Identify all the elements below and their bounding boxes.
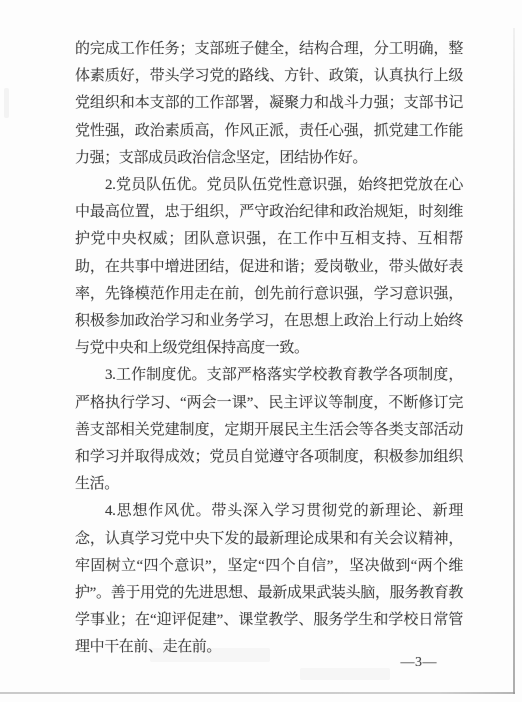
- page-number: —3—: [401, 655, 438, 671]
- scan-artifact: [300, 668, 390, 680]
- body-paragraph: 的完成工作任务；支部班子健全，结构合理，分工明确，整体素质好，带头学习党的路线、…: [75, 36, 463, 172]
- scan-artifact: [4, 88, 9, 118]
- scan-artifact: [150, 648, 270, 662]
- scanned-document-page: 的完成工作任务；支部班子健全，结构合理，分工明确，整体素质好，带头学习党的路线、…: [0, 0, 522, 702]
- scan-edge-bottom-line: [0, 692, 515, 694]
- scan-edge-right-line: [513, 28, 515, 694]
- body-paragraph: 3.工作制度优。支部严格落实学校教育教学各项制度，严格执行学习、“两会一课”、民…: [75, 362, 463, 498]
- body-paragraph: 2.党员队伍优。党员队伍党性意识强，始终把党放在心中最高位置，忠于组织，严守政治…: [75, 172, 463, 362]
- body-paragraph: 4.思想作风优。带头深入学习贯彻党的新理论、新理念，认真学习党中央下发的最新理论…: [75, 498, 463, 661]
- document-body: 的完成工作任务；支部班子健全，结构合理，分工明确，整体素质好，带头学习党的路线、…: [75, 36, 463, 662]
